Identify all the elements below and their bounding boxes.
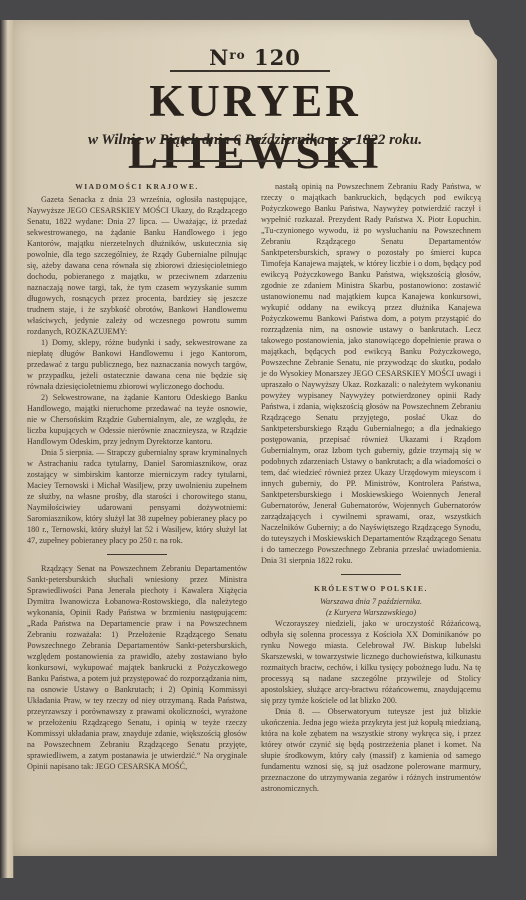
left-column: WIADOMOŚCI KRAJOWE. Gazeta Senacka z dni…: [27, 181, 247, 772]
section-heading-poland: KRÓLESTWO POLSKIE.: [261, 583, 481, 594]
article-paragraph: nastałą opinią na Powszechnem Zebraniu R…: [261, 181, 481, 566]
book-spine: [0, 20, 14, 878]
article-paragraph: Rządzący Senat na Powszechnem Zebraniu D…: [27, 563, 247, 772]
right-column: nastałą opinią na Powszechnem Zebraniu R…: [261, 181, 481, 794]
article-paragraph: Gazeta Senacka z dnia 23 września, ogłos…: [27, 194, 247, 337]
number-prefix: N: [209, 45, 229, 70]
masthead-rule-top: [170, 70, 330, 72]
section-divider: [341, 574, 401, 575]
section-divider: [107, 554, 167, 555]
number-value: 120: [254, 45, 301, 70]
article-paragraph: Dnia 5 sierpnia. — Strapczy gubernialny …: [27, 447, 247, 546]
section-source: (z Kuryera Warszawskiego): [261, 607, 481, 618]
article-paragraph: 1) Domy, sklepy, różne budynki i sady, s…: [27, 337, 247, 392]
article-paragraph: Dnia 8. — Obserwatoryum tuteysze jest ju…: [261, 706, 481, 794]
section-heading-domestic: WIADOMOŚCI KRAJOWE.: [27, 181, 247, 192]
section-dateline: Warszawa dnia 7 października.: [261, 596, 481, 607]
number-suffix: ro: [229, 48, 245, 62]
article-paragraph: Wczorayszey niedzieli, jako w uroczystoś…: [261, 618, 481, 706]
issue-number: Nro 120: [13, 45, 497, 70]
newspaper-title: KURYER LITEWSKI: [13, 75, 497, 179]
article-paragraph: 2) Sekwestrowane, na żądanie Kantoru Ode…: [27, 392, 247, 447]
dateline: w Wilnie w Piątek dnia 6 Października v.…: [13, 132, 497, 149]
newspaper-page: Nro 120 KURYER LITEWSKI w Wilnie w Piąte…: [13, 20, 497, 856]
masthead-rule-bottom: [153, 160, 368, 162]
